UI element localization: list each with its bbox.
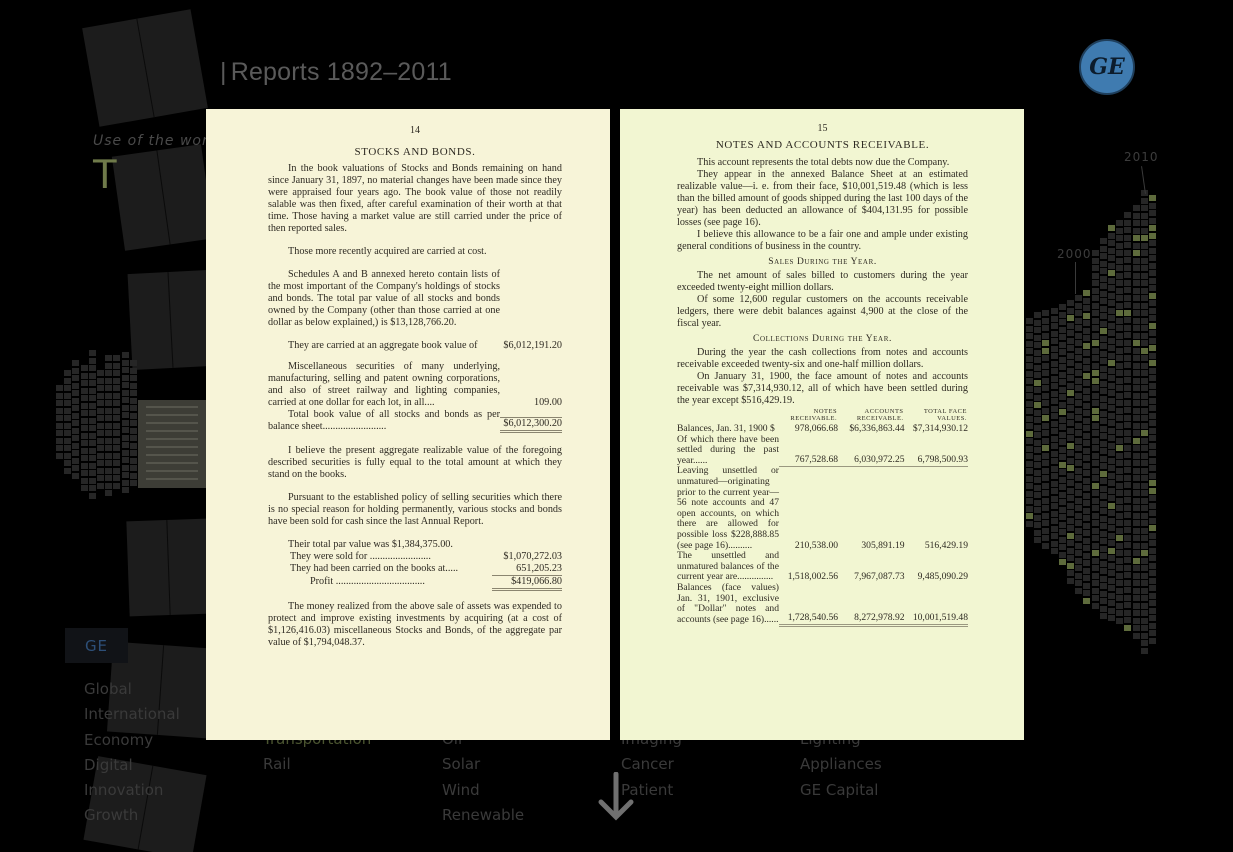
timeline-cell[interactable] — [1141, 513, 1148, 519]
timeline-cell[interactable] — [1067, 330, 1074, 336]
timeline-cell[interactable] — [1141, 430, 1148, 436]
timeline-cell[interactable] — [1100, 516, 1107, 522]
timeline-cell[interactable] — [1083, 343, 1090, 349]
timeline-cell[interactable] — [1051, 421, 1058, 427]
timeline-cell[interactable] — [105, 393, 112, 399]
timeline-cell[interactable] — [1141, 235, 1148, 241]
timeline-cell[interactable] — [1075, 573, 1082, 579]
timeline-cell[interactable] — [1116, 318, 1123, 324]
timeline-cell[interactable] — [1034, 395, 1041, 401]
timeline-cell[interactable] — [1100, 411, 1107, 417]
timeline-cell[interactable] — [1100, 493, 1107, 499]
timeline-cell[interactable] — [1042, 325, 1049, 331]
timeline-cell[interactable] — [122, 375, 129, 381]
timeline-cell[interactable] — [1133, 340, 1140, 346]
timeline-cell[interactable] — [1034, 425, 1041, 431]
timeline-cell[interactable] — [1067, 458, 1074, 464]
timeline-cell[interactable] — [1026, 468, 1033, 474]
timeline-cell[interactable] — [1133, 288, 1140, 294]
timeline-cell[interactable] — [1026, 483, 1033, 489]
timeline-cell[interactable] — [1051, 496, 1058, 502]
timeline-cell[interactable] — [1133, 625, 1140, 631]
timeline-cell[interactable] — [130, 480, 137, 486]
timeline-cell[interactable] — [1124, 250, 1131, 256]
timeline-cell[interactable] — [1116, 243, 1123, 249]
timeline-cell[interactable] — [1149, 270, 1156, 276]
timeline-cell[interactable] — [1067, 428, 1074, 434]
timeline-cell[interactable] — [1124, 625, 1131, 631]
timeline-cell[interactable] — [1075, 520, 1082, 526]
timeline-cell[interactable] — [1141, 288, 1148, 294]
timeline-cell[interactable] — [1108, 525, 1115, 531]
arrow-down-icon[interactable] — [596, 772, 636, 822]
timeline-cell[interactable] — [1141, 603, 1148, 609]
timeline-cell[interactable] — [1141, 280, 1148, 286]
timeline-cell[interactable] — [1067, 323, 1074, 329]
timeline-cell[interactable] — [1051, 428, 1058, 434]
timeline-cell[interactable] — [1116, 235, 1123, 241]
timeline-cell[interactable] — [89, 493, 96, 499]
timeline-cell[interactable] — [1051, 353, 1058, 359]
timeline-cell[interactable] — [1100, 298, 1107, 304]
timeline-cell[interactable] — [1149, 615, 1156, 621]
timeline-cell[interactable] — [1116, 498, 1123, 504]
timeline-cell[interactable] — [1100, 351, 1107, 357]
timeline-cell[interactable] — [1108, 435, 1115, 441]
timeline-cell[interactable] — [1067, 308, 1074, 314]
timeline-cell[interactable] — [1034, 462, 1041, 468]
timeline-cell[interactable] — [1100, 328, 1107, 334]
timeline-cell[interactable] — [1108, 540, 1115, 546]
timeline-cell[interactable] — [1092, 363, 1099, 369]
timeline-cell[interactable] — [1026, 393, 1033, 399]
timeline-cell[interactable] — [81, 410, 88, 416]
timeline-cell[interactable] — [1100, 553, 1107, 559]
timeline-cell[interactable] — [1059, 417, 1066, 423]
timeline-cell[interactable] — [1149, 278, 1156, 284]
timeline-cell[interactable] — [1067, 375, 1074, 381]
timeline-cell[interactable] — [1149, 435, 1156, 441]
timeline-cell[interactable] — [1149, 345, 1156, 351]
timeline-cell[interactable] — [1133, 318, 1140, 324]
timeline-cell[interactable] — [1124, 505, 1131, 511]
timeline-cell[interactable] — [1083, 583, 1090, 589]
timeline-cell[interactable] — [1149, 593, 1156, 599]
timeline-cell[interactable] — [1133, 355, 1140, 361]
timeline-cell[interactable] — [1108, 488, 1115, 494]
timeline-cell[interactable] — [1083, 545, 1090, 551]
timeline-cell[interactable] — [1100, 403, 1107, 409]
timeline-cell[interactable] — [1042, 445, 1049, 451]
timeline-cell[interactable] — [1141, 423, 1148, 429]
timeline-cell[interactable] — [1116, 468, 1123, 474]
timeline-cell[interactable] — [1100, 283, 1107, 289]
timeline-cell[interactable] — [1075, 385, 1082, 391]
timeline-cell[interactable] — [1141, 528, 1148, 534]
timeline-cell[interactable] — [1133, 535, 1140, 541]
timeline-cell[interactable] — [1067, 540, 1074, 546]
timeline-cell[interactable] — [1026, 498, 1033, 504]
timeline-cell[interactable] — [1075, 490, 1082, 496]
timeline-cell[interactable] — [1067, 398, 1074, 404]
timeline-cell[interactable] — [1108, 555, 1115, 561]
timeline-cell[interactable] — [1100, 261, 1107, 267]
timeline-cell[interactable] — [1141, 580, 1148, 586]
timeline-cell[interactable] — [1124, 460, 1131, 466]
timeline-cell[interactable] — [1067, 368, 1074, 374]
timeline-cell[interactable] — [113, 370, 120, 376]
timeline-cell[interactable] — [1042, 498, 1049, 504]
timeline-cell[interactable] — [97, 370, 104, 376]
timeline-cell[interactable] — [1092, 445, 1099, 451]
timeline-cell[interactable] — [1141, 505, 1148, 511]
timeline-cell[interactable] — [1059, 507, 1066, 513]
timeline-cell[interactable] — [1067, 405, 1074, 411]
timeline-cell[interactable] — [1059, 357, 1066, 363]
timeline-cell[interactable] — [1141, 498, 1148, 504]
timeline-cell[interactable] — [1124, 565, 1131, 571]
timeline-cell[interactable] — [1108, 270, 1115, 276]
timeline-cell[interactable] — [113, 453, 120, 459]
timeline-cell[interactable] — [1141, 355, 1148, 361]
timeline-cell[interactable] — [105, 370, 112, 376]
timeline-cell[interactable] — [56, 438, 63, 444]
timeline-cell[interactable] — [1059, 477, 1066, 483]
timeline-cell[interactable] — [1124, 347, 1131, 353]
timeline-cell[interactable] — [1034, 455, 1041, 461]
timeline-cell[interactable] — [1059, 364, 1066, 370]
timeline-cell[interactable] — [1133, 265, 1140, 271]
timeline-cell[interactable] — [1051, 323, 1058, 329]
timeline-cell[interactable] — [1042, 535, 1049, 541]
timeline-cell[interactable] — [1141, 333, 1148, 339]
timeline-cell[interactable] — [1059, 304, 1066, 310]
timeline-cell[interactable] — [1092, 393, 1099, 399]
timeline-cell[interactable] — [1141, 558, 1148, 564]
timeline-cell[interactable] — [1100, 253, 1107, 259]
timeline-cell[interactable] — [1124, 535, 1131, 541]
timeline-cell[interactable] — [89, 395, 96, 401]
timeline-cell[interactable] — [1042, 310, 1049, 316]
timeline-cell[interactable] — [89, 380, 96, 386]
timeline-cell[interactable] — [1100, 456, 1107, 462]
timeline-cell[interactable] — [1133, 400, 1140, 406]
timeline-cell[interactable] — [1116, 423, 1123, 429]
timeline-cell[interactable] — [105, 423, 112, 429]
timeline-cell[interactable] — [130, 375, 137, 381]
timeline-cell[interactable] — [1034, 357, 1041, 363]
timeline-cell[interactable] — [1108, 458, 1115, 464]
timeline-cell[interactable] — [1124, 602, 1131, 608]
timeline-cell[interactable] — [1067, 570, 1074, 576]
timeline-cell[interactable] — [1124, 587, 1131, 593]
timeline-cell[interactable] — [1059, 319, 1066, 325]
timeline-cell[interactable] — [1075, 528, 1082, 534]
timeline-cell[interactable] — [1075, 505, 1082, 511]
timeline-cell[interactable] — [1075, 393, 1082, 399]
timeline-cell[interactable] — [64, 393, 71, 399]
timeline-cell[interactable] — [1116, 603, 1123, 609]
timeline-cell[interactable] — [1083, 500, 1090, 506]
timeline-cell[interactable] — [1026, 401, 1033, 407]
timeline-cell[interactable] — [1141, 588, 1148, 594]
timeline-cell[interactable] — [1083, 425, 1090, 431]
timeline-cell[interactable] — [1116, 310, 1123, 316]
timeline-cell[interactable] — [1149, 630, 1156, 636]
timeline-cell[interactable] — [1083, 493, 1090, 499]
timeline-cell[interactable] — [97, 423, 104, 429]
timeline-cell[interactable] — [1051, 511, 1058, 517]
timeline-cell[interactable] — [1149, 330, 1156, 336]
timeline-cell[interactable] — [1116, 355, 1123, 361]
timeline-cell[interactable] — [1116, 460, 1123, 466]
timeline-cell[interactable] — [1133, 453, 1140, 459]
nav-link-innovation[interactable]: Innovation — [84, 778, 180, 803]
timeline-cell[interactable] — [89, 358, 96, 364]
timeline-cell[interactable] — [1108, 353, 1115, 359]
timeline-cell[interactable] — [1149, 638, 1156, 644]
timeline-cell[interactable] — [97, 445, 104, 451]
timeline-cell[interactable] — [1124, 430, 1131, 436]
timeline-cell[interactable] — [1051, 368, 1058, 374]
timeline-cell[interactable] — [1124, 512, 1131, 518]
timeline-cell[interactable] — [1100, 448, 1107, 454]
timeline-cell[interactable] — [130, 398, 137, 404]
timeline-cell[interactable] — [113, 475, 120, 481]
timeline-cell[interactable] — [130, 383, 137, 389]
timeline-cell[interactable] — [1124, 340, 1131, 346]
timeline-cell[interactable] — [113, 483, 120, 489]
timeline-cell[interactable] — [130, 473, 137, 479]
timeline-cell[interactable] — [1092, 333, 1099, 339]
timeline-cell[interactable] — [1133, 408, 1140, 414]
timeline-cell[interactable] — [1083, 575, 1090, 581]
timeline-cell[interactable] — [1051, 473, 1058, 479]
timeline-cell[interactable] — [1100, 613, 1107, 619]
timeline-cell[interactable] — [1149, 368, 1156, 374]
timeline-cell[interactable] — [64, 408, 71, 414]
timeline-cell[interactable] — [1092, 475, 1099, 481]
timeline-cell[interactable] — [1092, 520, 1099, 526]
timeline-cell[interactable] — [122, 450, 129, 456]
timeline-cell[interactable] — [72, 420, 79, 426]
timeline-cell[interactable] — [64, 460, 71, 466]
timeline-cell[interactable] — [1051, 391, 1058, 397]
timeline-cell[interactable] — [1141, 468, 1148, 474]
timeline-cell[interactable] — [1026, 356, 1033, 362]
timeline-cell[interactable] — [1026, 318, 1033, 324]
timeline-cell[interactable] — [1100, 276, 1107, 282]
timeline-cell[interactable] — [1051, 443, 1058, 449]
timeline-cell[interactable] — [1124, 370, 1131, 376]
timeline-cell[interactable] — [1100, 321, 1107, 327]
timeline-cell[interactable] — [1083, 560, 1090, 566]
timeline-cell[interactable] — [1108, 248, 1115, 254]
timeline-cell[interactable] — [1116, 445, 1123, 451]
timeline-cell[interactable] — [64, 423, 71, 429]
timeline-cell[interactable] — [1149, 240, 1156, 246]
timeline-cell[interactable] — [1042, 423, 1049, 429]
timeline-cell[interactable] — [1133, 243, 1140, 249]
timeline-cell[interactable] — [1075, 348, 1082, 354]
timeline-cell[interactable] — [81, 433, 88, 439]
timeline-cell[interactable] — [1100, 531, 1107, 537]
timeline-cell[interactable] — [81, 403, 88, 409]
timeline-cell[interactable] — [72, 443, 79, 449]
timeline-cell[interactable] — [1100, 381, 1107, 387]
timeline-cell[interactable] — [89, 350, 96, 356]
timeline-cell[interactable] — [1133, 580, 1140, 586]
timeline-cell[interactable] — [1034, 312, 1041, 318]
timeline-cell[interactable] — [1108, 398, 1115, 404]
timeline-cell[interactable] — [1042, 370, 1049, 376]
timeline-cell[interactable] — [1067, 548, 1074, 554]
timeline-cell[interactable] — [1051, 436, 1058, 442]
timeline-cell[interactable] — [1116, 573, 1123, 579]
timeline-cell[interactable] — [1034, 365, 1041, 371]
nav-link-digital[interactable]: Digital — [84, 753, 180, 778]
timeline-cell[interactable] — [56, 415, 63, 421]
timeline-cell[interactable] — [1116, 415, 1123, 421]
timeline-cell[interactable] — [1124, 362, 1131, 368]
timeline-cell[interactable] — [1092, 550, 1099, 556]
timeline-cell[interactable] — [1124, 295, 1131, 301]
timeline-cell[interactable] — [1092, 595, 1099, 601]
timeline-cell[interactable] — [1124, 302, 1131, 308]
timeline-cell[interactable] — [1075, 423, 1082, 429]
timeline-cell[interactable] — [1116, 483, 1123, 489]
timeline-cell[interactable] — [1042, 348, 1049, 354]
timeline-cell[interactable] — [1042, 318, 1049, 324]
timeline-cell[interactable] — [1124, 280, 1131, 286]
timeline-cell[interactable] — [1108, 518, 1115, 524]
timeline-cell[interactable] — [105, 475, 112, 481]
timeline-cell[interactable] — [1059, 552, 1066, 558]
timeline-cell[interactable] — [1075, 408, 1082, 414]
timeline-cell[interactable] — [1067, 413, 1074, 419]
timeline-cell[interactable] — [1075, 295, 1082, 301]
timeline-cell[interactable] — [1083, 433, 1090, 439]
timeline-cell[interactable] — [1092, 513, 1099, 519]
timeline-cell[interactable] — [1124, 437, 1131, 443]
timeline-cell[interactable] — [1083, 590, 1090, 596]
timeline-cell[interactable] — [1034, 485, 1041, 491]
timeline-cell[interactable] — [1108, 383, 1115, 389]
timeline-cell[interactable] — [1042, 340, 1049, 346]
timeline-cell[interactable] — [1083, 448, 1090, 454]
timeline-cell[interactable] — [1034, 327, 1041, 333]
timeline-cell[interactable] — [1149, 315, 1156, 321]
timeline-cell[interactable] — [1108, 233, 1115, 239]
timeline-cell[interactable] — [1149, 255, 1156, 261]
timeline-cell[interactable] — [1141, 250, 1148, 256]
timeline-cell[interactable] — [72, 360, 79, 366]
timeline-cell[interactable] — [1133, 490, 1140, 496]
timeline-cell[interactable] — [1108, 278, 1115, 284]
timeline-cell[interactable] — [97, 408, 104, 414]
timeline-cell[interactable] — [1141, 648, 1148, 654]
timeline-cell[interactable] — [1116, 505, 1123, 511]
timeline-cell[interactable] — [72, 375, 79, 381]
timeline-cell[interactable] — [1075, 535, 1082, 541]
timeline-cell[interactable] — [89, 463, 96, 469]
timeline-cell[interactable] — [1149, 600, 1156, 606]
timeline-cell[interactable] — [1133, 333, 1140, 339]
timeline-cell[interactable] — [1141, 325, 1148, 331]
timeline-cell[interactable] — [1092, 483, 1099, 489]
timeline-cell[interactable] — [1100, 373, 1107, 379]
timeline-cell[interactable] — [1042, 528, 1049, 534]
timeline-cell[interactable] — [1133, 565, 1140, 571]
timeline-cell[interactable] — [1108, 465, 1115, 471]
timeline-cell[interactable] — [1116, 400, 1123, 406]
timeline-cell[interactable] — [64, 438, 71, 444]
timeline-cell[interactable] — [1051, 533, 1058, 539]
ge-logo[interactable]: GE — [1079, 39, 1135, 95]
timeline-cell[interactable] — [1092, 415, 1099, 421]
timeline-cell[interactable] — [1083, 508, 1090, 514]
timeline-cell[interactable] — [1149, 285, 1156, 291]
timeline-cell[interactable] — [105, 415, 112, 421]
timeline-cell[interactable] — [1100, 598, 1107, 604]
timeline-cell[interactable] — [81, 463, 88, 469]
timeline-cell[interactable] — [1051, 458, 1058, 464]
timeline-cell[interactable] — [1042, 505, 1049, 511]
timeline-cell[interactable] — [1124, 227, 1131, 233]
timeline-cell[interactable] — [1133, 438, 1140, 444]
timeline-cell[interactable] — [1034, 500, 1041, 506]
timeline-cell[interactable] — [1042, 468, 1049, 474]
timeline-cell[interactable] — [1141, 348, 1148, 354]
timeline-cell[interactable] — [1100, 313, 1107, 319]
timeline-cell[interactable] — [72, 428, 79, 434]
timeline-cell[interactable] — [113, 408, 120, 414]
timeline-cell[interactable] — [1059, 514, 1066, 520]
report-thumbnail[interactable] — [138, 400, 206, 488]
timeline-cell[interactable] — [1092, 565, 1099, 571]
timeline-cell[interactable] — [1100, 238, 1107, 244]
timeline-cell[interactable] — [1075, 558, 1082, 564]
timeline-cell[interactable] — [1092, 438, 1099, 444]
timeline-cell[interactable] — [1067, 450, 1074, 456]
timeline-cell[interactable] — [97, 393, 104, 399]
timeline-cell[interactable] — [1100, 336, 1107, 342]
timeline-cell[interactable] — [1141, 370, 1148, 376]
nav-link-solar[interactable]: Solar — [442, 752, 524, 777]
timeline-cell[interactable] — [56, 400, 63, 406]
timeline-cell[interactable] — [1116, 528, 1123, 534]
timeline-cell[interactable] — [1083, 598, 1090, 604]
timeline-cell[interactable] — [1034, 515, 1041, 521]
timeline-cell[interactable] — [1108, 615, 1115, 621]
timeline-cell[interactable] — [1067, 338, 1074, 344]
timeline-cell[interactable] — [1108, 225, 1115, 231]
timeline-cell[interactable] — [1059, 492, 1066, 498]
timeline-cell[interactable] — [105, 490, 112, 496]
timeline-cell[interactable] — [1100, 358, 1107, 364]
timeline-cell[interactable] — [1083, 530, 1090, 536]
nav-link-ge-capital[interactable]: GE Capital — [800, 778, 882, 803]
timeline-cell[interactable] — [97, 438, 104, 444]
timeline-cell[interactable] — [1067, 533, 1074, 539]
timeline-cell[interactable] — [1149, 383, 1156, 389]
timeline-cell[interactable] — [1149, 300, 1156, 306]
timeline-cell[interactable] — [1075, 415, 1082, 421]
timeline-cell[interactable] — [1108, 368, 1115, 374]
timeline-cell[interactable] — [1051, 361, 1058, 367]
timeline-cell[interactable] — [1092, 250, 1099, 256]
timeline-cell[interactable] — [72, 390, 79, 396]
